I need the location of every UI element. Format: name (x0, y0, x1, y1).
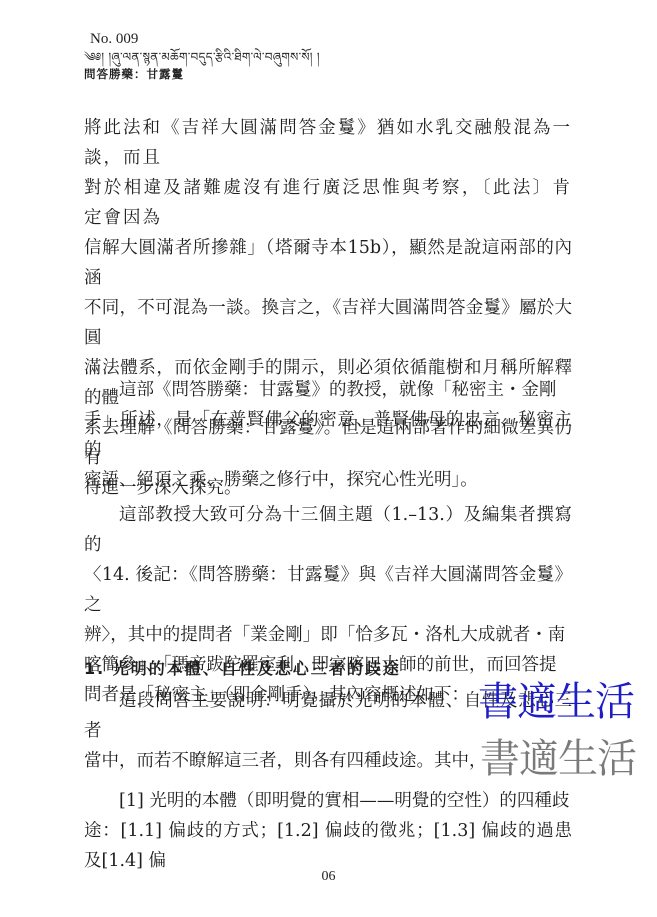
quote-line: 將此法和《吉祥大圓滿問答金鬘》猶如水乳交融般混為一談，而且 (84, 113, 572, 173)
page-number: 06 (0, 869, 657, 885)
paragraph-subsection: [1] 光明的本體（即明覺的實相——明覺的空性）的四種歧 途：[1.1] 偏歧的… (84, 786, 572, 876)
tibetan-title: ༄༅། །ཞུ་ལན་སྙན་མཆོག་བདུད་རྩིའི་ཐིག་ལེ་བཞ… (84, 48, 320, 66)
text-line: 不同，不可混為一談。換言之，《吉祥大圓滿問答金鬘》屬於大圓 (84, 293, 572, 353)
text-line: 這部《問答勝藥：甘露鬘》的教授，就像「秘密主・金剛 (84, 375, 572, 405)
section-heading: 1. 光明的本體、自性及悲心三者的歧途 (84, 657, 401, 681)
text-line: 〈14. 後記：《問答勝藥：甘露鬘》與《吉祥大圓滿問答金鬘》之 (84, 560, 572, 620)
text-number: No. 009 (90, 30, 320, 48)
watermark-gray: 書適生活 (480, 736, 636, 782)
text-line: 這部教授大致可分為十三個主題（1.–13.）及編集者撰寫的 (84, 500, 572, 560)
paragraph-teaching: 這部《問答勝藥：甘露鬘》的教授，就像「秘密主・金剛 手」所述，是「在普賢佛父的密… (84, 375, 572, 495)
text-line: [1] 光明的本體（即明覺的實相——明覺的空性）的四種歧 (84, 786, 572, 816)
watermark-blue: 書適生活 (478, 679, 634, 725)
text-line: 信解大圓滿者所摻雜」（塔爾寺本15b），顯然是說這兩部的內涵 (84, 233, 572, 293)
text-line: 辨〉，其中的提問者「業金剛」即「恰多瓦・洛札大成就者・南 (84, 620, 572, 650)
text-line: 手」所述，是「在普賢佛父的密意、普賢佛母的忠言、秘密主的 (84, 405, 572, 465)
running-header: No. 009 ༄༅། །ཞུ་ལན་སྙན་མཆོག་བདུད་རྩིའི་ཐ… (84, 30, 320, 82)
text-line: 途：[1.1] 偏歧的方式；[1.2] 偏歧的徵兆；[1.3] 偏歧的過患及[1… (84, 816, 572, 876)
chinese-title: 問答勝藥：甘露鬘 (84, 66, 320, 82)
quote-line: 對於相違及諸難處沒有進行廣泛思惟與考察，〔此法〕肯定會因為 (84, 173, 572, 233)
text-line: 密語、絕頂之乘、勝藥之修行中，探究心性光明」。 (84, 465, 572, 495)
